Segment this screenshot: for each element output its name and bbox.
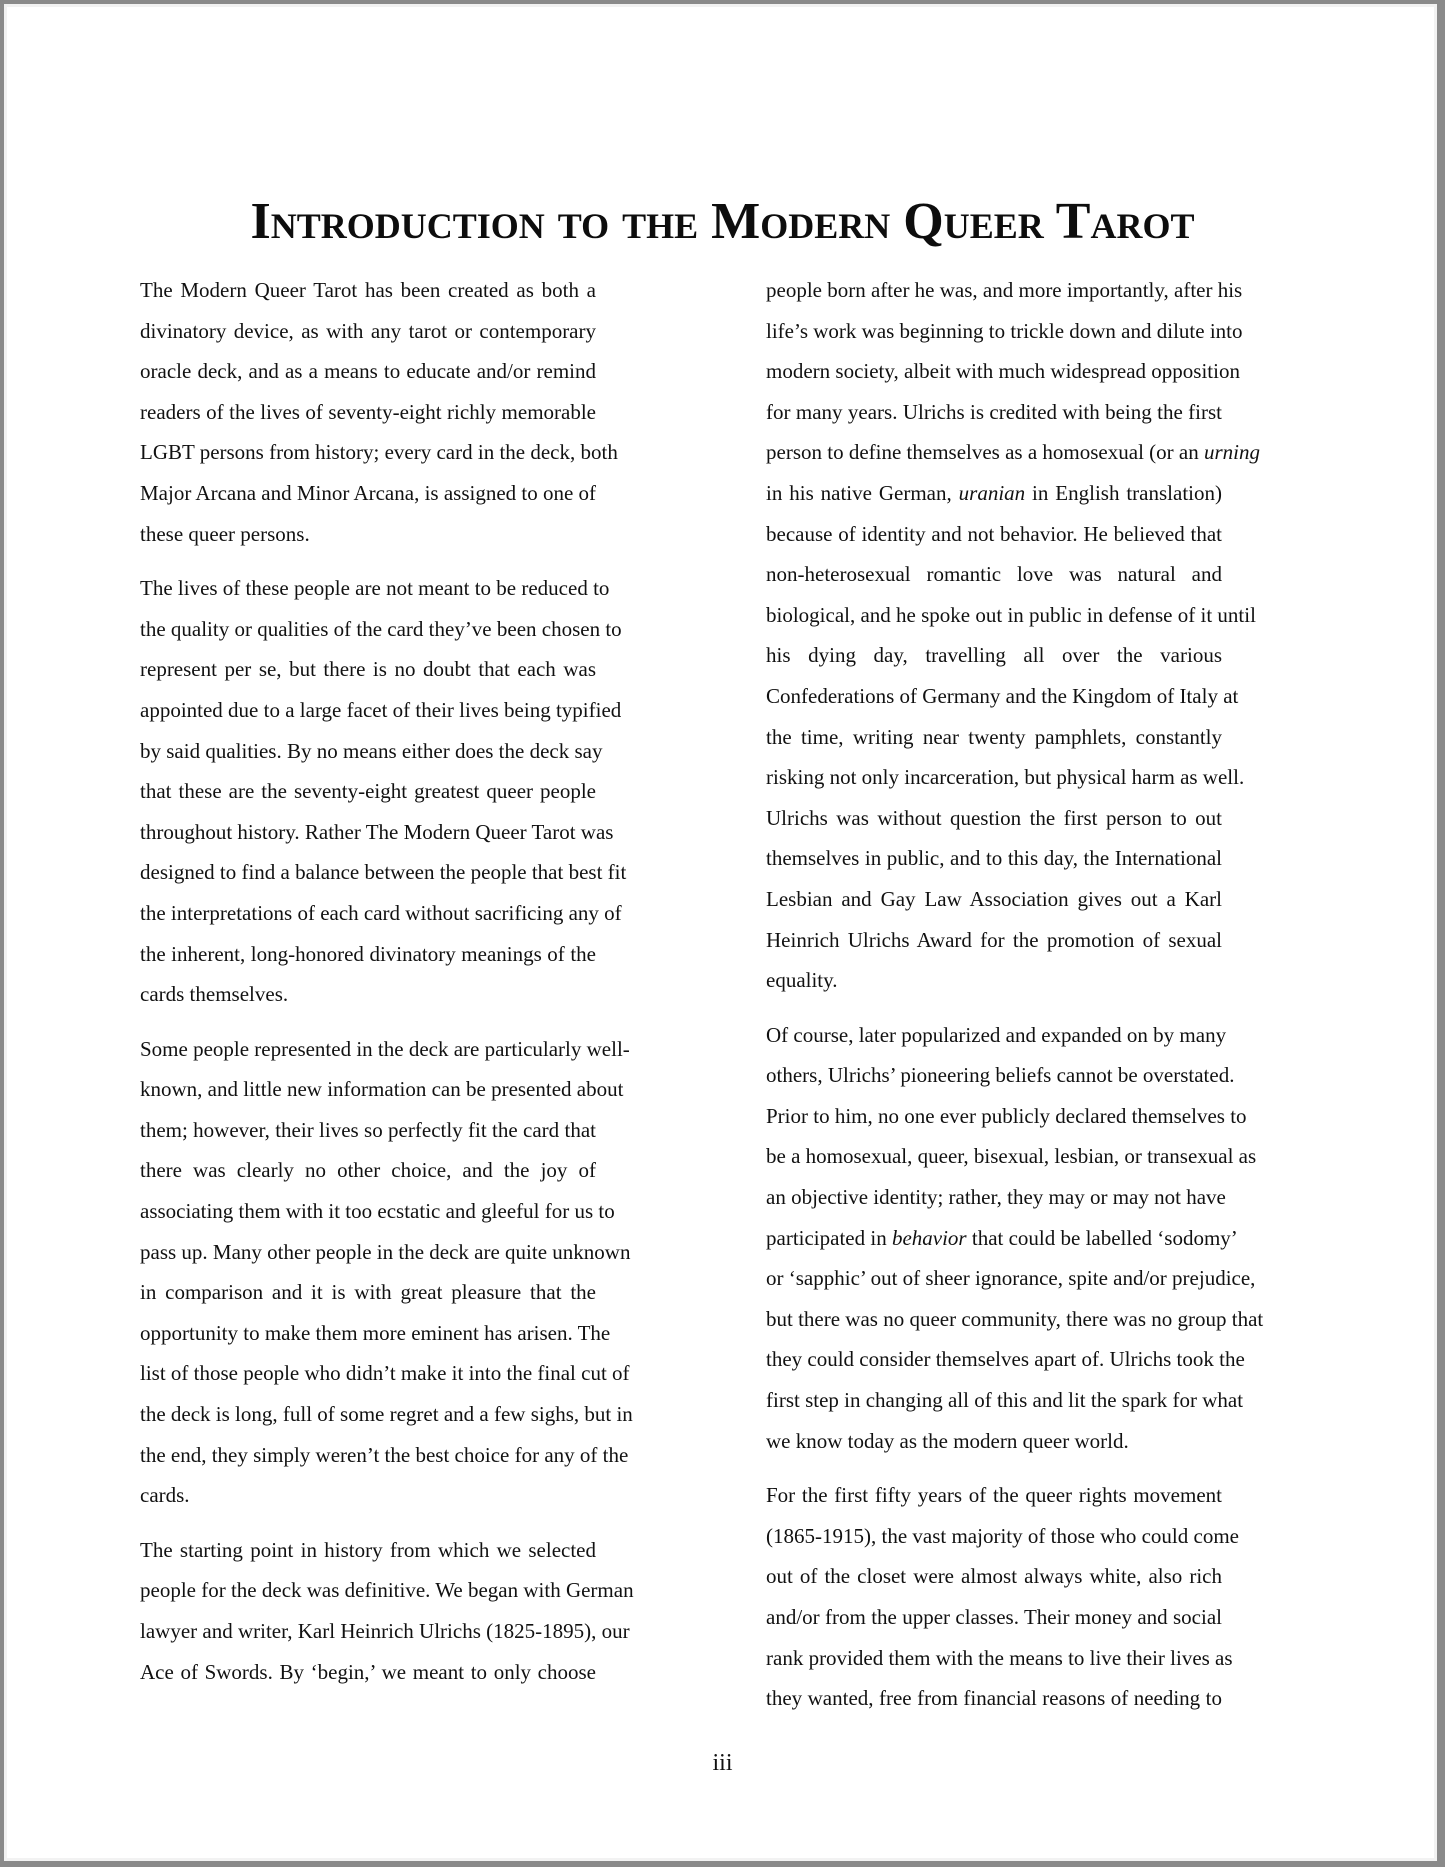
text-line: out of the closet were almost always whi… — [766, 1556, 1222, 1597]
text-line: there was clearly no other choice, and t… — [140, 1150, 596, 1191]
text-line: they could consider themselves apart of.… — [766, 1339, 1222, 1380]
right-column: people born after he was, and more impor… — [766, 270, 1222, 1733]
text-line: known, and little new information can be… — [140, 1069, 596, 1110]
text-line: readers of the lives of seventy-eight ri… — [140, 392, 596, 433]
text-line: Of course, later popularized and expande… — [766, 1015, 1222, 1056]
text-line: represent per se, but there is no doubt … — [140, 649, 596, 690]
text-line: non-heterosexual romantic love was natur… — [766, 554, 1222, 595]
text-line: Prior to him, no one ever publicly decla… — [766, 1096, 1222, 1137]
text-line: LGBT persons from history; every card in… — [140, 432, 596, 473]
text-line: rank provided them with the means to liv… — [766, 1638, 1222, 1679]
text-line: others, Ulrichs’ pioneering beliefs cann… — [766, 1055, 1222, 1096]
paragraph: Some people represented in the deck are … — [140, 1029, 596, 1516]
text-line: cards. — [140, 1475, 596, 1516]
text-line: an objective identity; rather, they may … — [766, 1177, 1222, 1218]
text-line: Lesbian and Gay Law Association gives ou… — [766, 879, 1222, 920]
text-line: be a homosexual, queer, bisexual, lesbia… — [766, 1136, 1222, 1177]
text-line: risking not only incarceration, but phys… — [766, 757, 1222, 798]
text-line: Major Arcana and Minor Arcana, is assign… — [140, 473, 596, 514]
text-line: the inherent, long-honored divinatory me… — [140, 934, 596, 975]
text-line: participated in behavior that could be l… — [766, 1218, 1222, 1259]
text-line: in comparison and it is with great pleas… — [140, 1272, 596, 1313]
text-line: people born after he was, and more impor… — [766, 270, 1222, 311]
text-line: these queer persons. — [140, 514, 596, 555]
text-line: oracle deck, and as a means to educate a… — [140, 351, 596, 392]
text-line: the deck is long, full of some regret an… — [140, 1394, 596, 1435]
text-line: Ulrichs was without question the first p… — [766, 798, 1222, 839]
text-line: The lives of these people are not meant … — [140, 568, 596, 609]
paragraph: The lives of these people are not meant … — [140, 568, 596, 1015]
text-line: we know today as the modern queer world. — [766, 1421, 1222, 1462]
text-line: Confederations of Germany and the Kingdo… — [766, 676, 1222, 717]
text-line: or ‘sapphic’ out of sheer ignorance, spi… — [766, 1258, 1222, 1299]
text-line: cards themselves. — [140, 974, 596, 1015]
paragraph: people born after he was, and more impor… — [766, 270, 1222, 1001]
text-line: themselves in public, and to this day, t… — [766, 838, 1222, 879]
paragraph: Of course, later popularized and expande… — [766, 1015, 1222, 1462]
text-line: (1865-1915), the vast majority of those … — [766, 1516, 1222, 1557]
text-line: opportunity to make them more eminent ha… — [140, 1313, 596, 1354]
text-line: list of those people who didn’t make it … — [140, 1353, 596, 1394]
text-line: modern society, albeit with much widespr… — [766, 351, 1222, 392]
text-line: person to define themselves as a homosex… — [766, 432, 1222, 473]
page-number: iii — [0, 1748, 1445, 1778]
paragraph: For the first fifty years of the queer r… — [766, 1475, 1222, 1719]
text-line: Heinrich Ulrichs Award for the promotion… — [766, 920, 1222, 961]
text-line: life’s work was beginning to trickle dow… — [766, 311, 1222, 352]
text-line: The Modern Queer Tarot has been created … — [140, 270, 596, 311]
text-line: the time, writing near twenty pamphlets,… — [766, 717, 1222, 758]
text-line: For the first fifty years of the queer r… — [766, 1475, 1222, 1516]
text-line: them; however, their lives so perfectly … — [140, 1110, 596, 1151]
text-line: people for the deck was definitive. We b… — [140, 1570, 596, 1611]
text-line: divinatory device, as with any tarot or … — [140, 311, 596, 352]
text-line: they wanted, free from financial reasons… — [766, 1678, 1222, 1719]
text-line: appointed due to a large facet of their … — [140, 690, 596, 731]
text-line: that these are the seventy-eight greates… — [140, 771, 596, 812]
text-line: pass up. Many other people in the deck a… — [140, 1232, 596, 1273]
paragraph: The starting point in history from which… — [140, 1530, 596, 1692]
left-column: The Modern Queer Tarot has been created … — [140, 270, 596, 1706]
text-line: and/or from the upper classes. Their mon… — [766, 1597, 1222, 1638]
text-line: the quality or qualities of the card the… — [140, 609, 596, 650]
text-line: for many years. Ulrichs is credited with… — [766, 392, 1222, 433]
text-line: because of identity and not behavior. He… — [766, 514, 1222, 555]
text-line: Some people represented in the deck are … — [140, 1029, 596, 1070]
text-line: but there was no queer community, there … — [766, 1299, 1222, 1340]
text-line: by said qualities. By no means either do… — [140, 731, 596, 772]
text-line: the interpretations of each card without… — [140, 893, 596, 934]
text-line: The starting point in history from which… — [140, 1530, 596, 1571]
paragraph: The Modern Queer Tarot has been created … — [140, 270, 596, 554]
text-line: lawyer and writer, Karl Heinrich Ulrichs… — [140, 1611, 596, 1652]
text-line: in his native German, uranian in English… — [766, 473, 1222, 514]
text-line: Ace of Swords. By ‘begin,’ we meant to o… — [140, 1652, 596, 1693]
text-line: designed to find a balance between the p… — [140, 852, 596, 893]
text-line: throughout history. Rather The Modern Qu… — [140, 812, 596, 853]
text-line: his dying day, travelling all over the v… — [766, 635, 1222, 676]
text-line: the end, they simply weren’t the best ch… — [140, 1435, 596, 1476]
text-line: first step in changing all of this and l… — [766, 1380, 1222, 1421]
text-line: associating them with it too ecstatic an… — [140, 1191, 596, 1232]
text-line: biological, and he spoke out in public i… — [766, 595, 1222, 636]
page-title: Introduction to the Modern Queer Tarot — [0, 192, 1445, 252]
text-line: equality. — [766, 960, 1222, 1001]
